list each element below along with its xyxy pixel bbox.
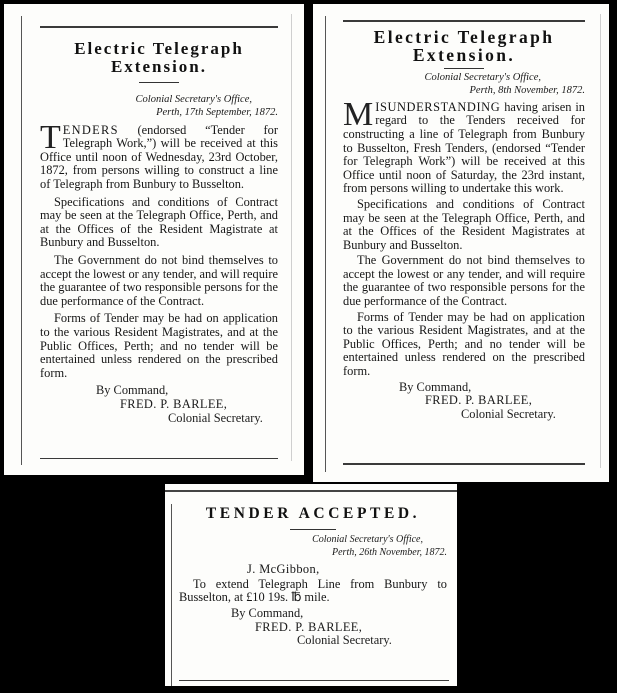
dateline: Colonial Secretary's Office, Perth, 26th… — [179, 534, 447, 559]
notice-body: J. McGibbon, To extend Telegraph Line fr… — [179, 563, 447, 605]
paragraph-1-text: having arisen in regard to the Tenders r… — [343, 100, 585, 196]
title-line-2: Extension. — [111, 57, 207, 76]
paragraph-4: Forms of Tender may be had on applicatio… — [343, 311, 585, 379]
dateline-office: Colonial Secretary's Office, — [179, 534, 447, 547]
lead-caps: ISUNDERSTANDING — [375, 100, 500, 114]
title-line-1: Electric Telegraph — [374, 27, 555, 47]
lead-caps: ENDERS — [63, 123, 119, 137]
dateline-office: Colonial Secretary's Office, — [40, 93, 278, 106]
signature-block: By Command, FRED. P. BARLEE, Colonial Se… — [179, 607, 447, 648]
column-rule-right — [600, 14, 601, 468]
notice-title: Electric Telegraph Extension. — [343, 28, 585, 65]
notice-title: Electric Telegraph Extension. — [40, 40, 278, 76]
dateline: Colonial Secretary's Office, Perth, 17th… — [40, 93, 278, 119]
paragraph-3: The Government do not bind themselves to… — [40, 254, 278, 308]
drop-cap: M — [343, 102, 372, 128]
signature-block: By Command, FRED. P. BARLEE, Colonial Se… — [40, 384, 278, 425]
bottom-rule — [40, 458, 278, 459]
award-details: To extend Telegraph Line from Bunbury to… — [179, 578, 447, 605]
signature-block: By Command, FRED. P. BARLEE, Colonial Se… — [343, 381, 585, 422]
paragraph-1: TENDERS (endorsed “Tender for Telegraph … — [40, 124, 278, 192]
column-rule-right — [291, 14, 292, 461]
dateline-date: Perth, 17th September, 1872. — [40, 106, 278, 119]
paragraph-2: Specifications and conditions of Contrac… — [40, 196, 278, 250]
signature-role: Colonial Secretary. — [40, 412, 278, 426]
signature-by-command: By Command, — [343, 381, 585, 395]
dateline: Colonial Secretary's Office, Perth, 8th … — [343, 71, 585, 97]
notice-body: MISUNDERSTANDING having arisen in regard… — [343, 101, 585, 379]
notice-tenders-november: Electric Telegraph Extension. Colonial S… — [313, 4, 609, 482]
bottom-rule — [179, 680, 449, 681]
signature-name: FRED. P. BARLEE, — [179, 621, 447, 635]
paragraph-1: MISUNDERSTANDING having arisen in regard… — [343, 101, 585, 196]
column-rule-left — [21, 16, 22, 465]
title-divider — [290, 529, 336, 530]
top-rule — [40, 26, 278, 28]
dateline-date: Perth, 26th November, 1872. — [179, 547, 447, 560]
signature-name: FRED. P. BARLEE, — [343, 394, 585, 408]
title-line-1: Electric Telegraph — [74, 39, 244, 58]
notice-tenders-september: Electric Telegraph Extension. Colonial S… — [4, 4, 304, 475]
top-rule — [343, 20, 585, 22]
awardee-name: J. McGibbon, — [179, 563, 447, 577]
signature-role: Colonial Secretary. — [179, 634, 447, 648]
signature-by-command: By Command, — [40, 384, 278, 398]
drop-cap: T — [40, 125, 60, 151]
paragraph-4: Forms of Tender may be had on applicatio… — [40, 312, 278, 380]
title-line-2: Extension. — [413, 45, 515, 65]
paragraph-3: The Government do not bind themselves to… — [343, 254, 585, 308]
notice-body: TENDERS (endorsed “Tender for Telegraph … — [40, 124, 278, 381]
notice-tender-accepted: TENDER ACCEPTED. Colonial Secretary's Of… — [165, 484, 457, 686]
notice-title: TENDER ACCEPTED. — [179, 506, 447, 522]
title-divider — [444, 68, 484, 69]
signature-role: Colonial Secretary. — [343, 408, 585, 422]
top-rule — [165, 490, 457, 492]
column-rule-left — [325, 16, 326, 472]
signature-by-command: By Command, — [179, 607, 447, 621]
title-divider — [139, 82, 179, 83]
paragraph-2: Specifications and conditions of Contrac… — [343, 198, 585, 252]
bottom-rule — [343, 463, 585, 465]
dateline-date: Perth, 8th November, 1872. — [343, 84, 585, 97]
column-rule-left — [171, 504, 172, 686]
dateline-office: Colonial Secretary's Office, — [343, 71, 585, 84]
signature-name: FRED. P. BARLEE, — [40, 398, 278, 412]
